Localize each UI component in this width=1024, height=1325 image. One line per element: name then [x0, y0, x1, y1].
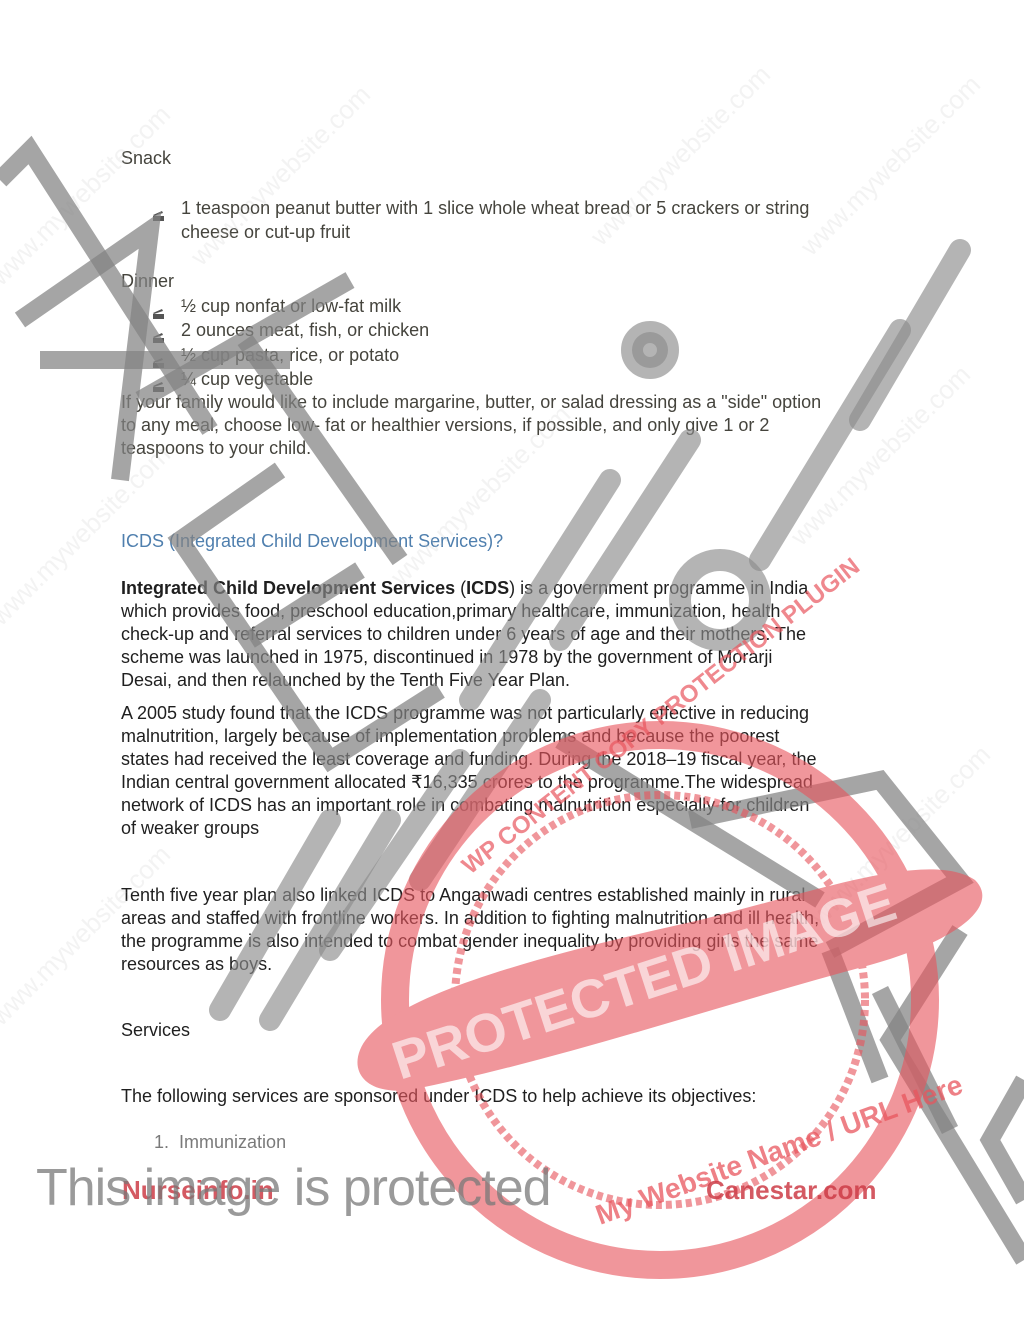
icds-intro-line: check-up and referral services to childr… — [121, 623, 806, 646]
icds-intro-bold: Integrated Child Development Services — [121, 578, 455, 598]
icds-intro-line: which provides food, preschool education… — [121, 600, 780, 623]
icds-intro-line: Desai, and then relaunched by the Tenth … — [121, 669, 570, 692]
dinner-note-line: to any meal, choose low- fat or healthie… — [121, 414, 769, 437]
icds-intro-line: Integrated Child Development Services (I… — [121, 577, 808, 600]
icds-study-line: A 2005 study found that the ICDS program… — [121, 702, 809, 725]
tenth-plan-line: resources as boys. — [121, 953, 272, 976]
bullet-icon — [153, 350, 164, 360]
icds-study-line: network of ICDS has an important role in… — [121, 794, 809, 817]
icds-heading: ICDS (Integrated Child Development Servi… — [121, 530, 503, 553]
dinner-heading: Dinner — [121, 270, 174, 293]
dinner-note-line: teaspoons to your child. — [121, 437, 311, 460]
bullet-icon — [153, 325, 164, 335]
bullet-icon — [153, 374, 164, 384]
icds-abbr: ICDS — [466, 578, 509, 598]
snack-heading: Snack — [121, 147, 171, 170]
tenth-plan-line: the programme is also intended to combat… — [121, 930, 818, 953]
services-intro: The following services are sponsored und… — [121, 1085, 756, 1108]
icds-study-line: states had received the least coverage a… — [121, 748, 816, 771]
bullet-icon — [153, 203, 164, 213]
bullet-icon — [153, 301, 164, 311]
tenth-plan-line: Tenth five year plan also linked ICDS to… — [121, 884, 805, 907]
services-list-item: 1. Immunization — [154, 1132, 286, 1153]
icds-intro-line: scheme was launched in 1975, discontinue… — [121, 646, 772, 669]
tenth-plan-line: areas and staffed with frontline workers… — [121, 907, 819, 930]
document-page: Snack 1 teaspoon peanut butter with 1 sl… — [0, 0, 1024, 1325]
icds-study-line: Indian central government allocated ₹16,… — [121, 771, 813, 794]
services-heading: Services — [121, 1019, 190, 1042]
dinner-note-line: If your family would like to include mar… — [121, 391, 821, 414]
icds-study-line: malnutrition, largely because of impleme… — [121, 725, 779, 748]
icds-study-line: of weaker groups — [121, 817, 259, 840]
